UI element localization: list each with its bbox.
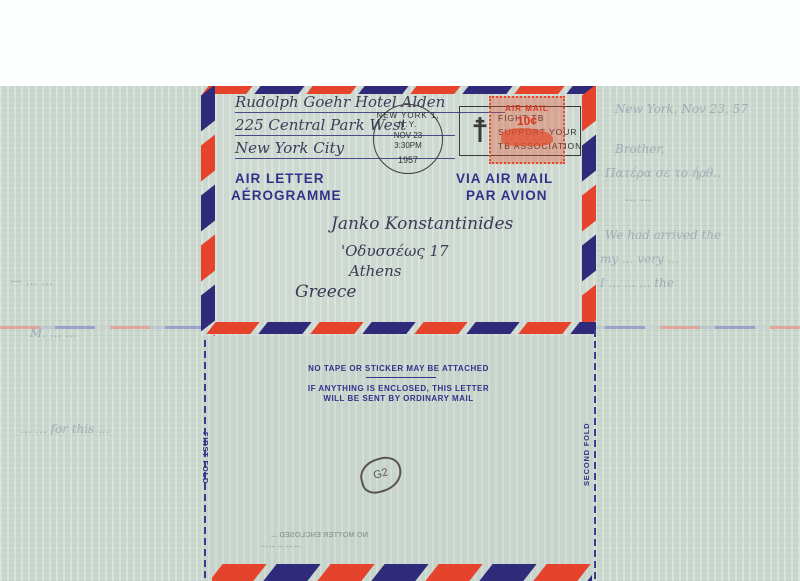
postmark-date: NOV 23 [374,131,442,140]
notice-enclosure: IF ANYTHING IS ENCLOSED, THIS LETTER [201,384,596,393]
stripe-segment [582,86,596,131]
stripe-segment [582,235,596,282]
stripe-segment [533,564,590,581]
stripe-segment [518,322,571,334]
postmark-year: 1957 [374,155,442,165]
stripe-segment [514,86,567,94]
stripe-segment [479,564,536,581]
faint-handwriting: — ... ... [10,274,53,288]
stripe-segment [414,322,467,334]
letter-body-line: I ... ... ... the [600,276,674,290]
letter-body-line: ... ... [625,190,652,204]
stripe-segment [201,185,215,232]
letter-body-line: my ... very ... [600,252,679,266]
notice-ordinary-mail: WILL BE SENT BY ORDINARY MAIL [201,394,596,403]
airmail-border-right [582,86,596,336]
stripe-segment [201,86,215,131]
airmail-border-bottom [201,322,596,334]
stripe-segment [263,564,320,581]
stripe-segment [570,322,596,334]
stamp-value: 10¢ [491,114,563,128]
aerogramme-label: AÉROGRAMME [231,188,342,203]
airmail-border-left [201,86,215,336]
second-fold-label: SECOND FOLD [582,423,591,486]
par-avion-label: PAR AVION [466,188,548,203]
notice-no-tape: NO TAPE OR STICKER MAY BE ATTACHED [201,364,596,373]
addressee-name: Janko Konstantinides [331,214,513,234]
stripe-segment [201,135,215,182]
stamp-label: AIR MAIL [491,104,563,113]
postmark: NEW YORK 1, N.Y. NOV 23 3:30PM 1957 [373,104,443,174]
airmail-stamp: AIR MAIL 10¢ [489,96,565,164]
letter-body-line: We had arrived the [605,228,721,242]
notice-divider [366,377,436,378]
stripe-segment [212,564,267,581]
addressee-country: Greece [295,282,356,302]
stripe-segment [310,322,363,334]
back-panel: NO TAPE OR STICKER MAY BE ATTACHED IF AN… [201,336,596,581]
mirrored-print: ... ... ... ... ... [261,540,301,549]
first-fold-label: FIRST FOLD [201,432,210,484]
postmark-city: NEW YORK 1, N.Y. [374,111,442,129]
letter-salutation: Brother, [615,142,665,156]
stripe-segment [317,564,374,581]
postmark-time: 3:30PM [374,141,442,150]
stripe-segment [582,185,596,232]
air-letter-label: AIR LETTER [235,171,325,186]
airmail-border-flap [212,558,592,581]
stripe-segment [582,135,596,182]
airplane-icon [501,128,553,146]
stripe-segment [425,564,482,581]
stripe-segment [201,235,215,282]
letter-body-line: Πατέρα σε το ήρθ.. [605,166,721,180]
faint-handwriting: ... ... for this ... [20,422,110,436]
mirrored-print: NO MOTTER ENCLOSED ... [271,530,368,539]
inner-panel-left: — ... ... M. ... ... ... ... for this ..… [0,86,205,581]
stripe-segment [466,322,519,334]
stripe-segment [362,322,415,334]
address-panel: Rudolph Goehr Hotel Alden 225 Central Pa… [201,86,596,336]
second-fold-line [594,330,596,580]
via-air-mail-label: VIA AIR MAIL [456,171,553,186]
stripe-segment [206,322,259,334]
letter-date-line: New York, Nov 23, 57 [615,102,748,116]
stripe-segment [371,564,428,581]
addressee-street: 'Οδυσσέως 17 [341,242,449,260]
inner-panel-right: New York, Nov 23, 57 Brother, Πατέρα σε … [595,86,800,581]
stripe-segment [258,322,311,334]
addressee-city: Athens [349,262,402,280]
